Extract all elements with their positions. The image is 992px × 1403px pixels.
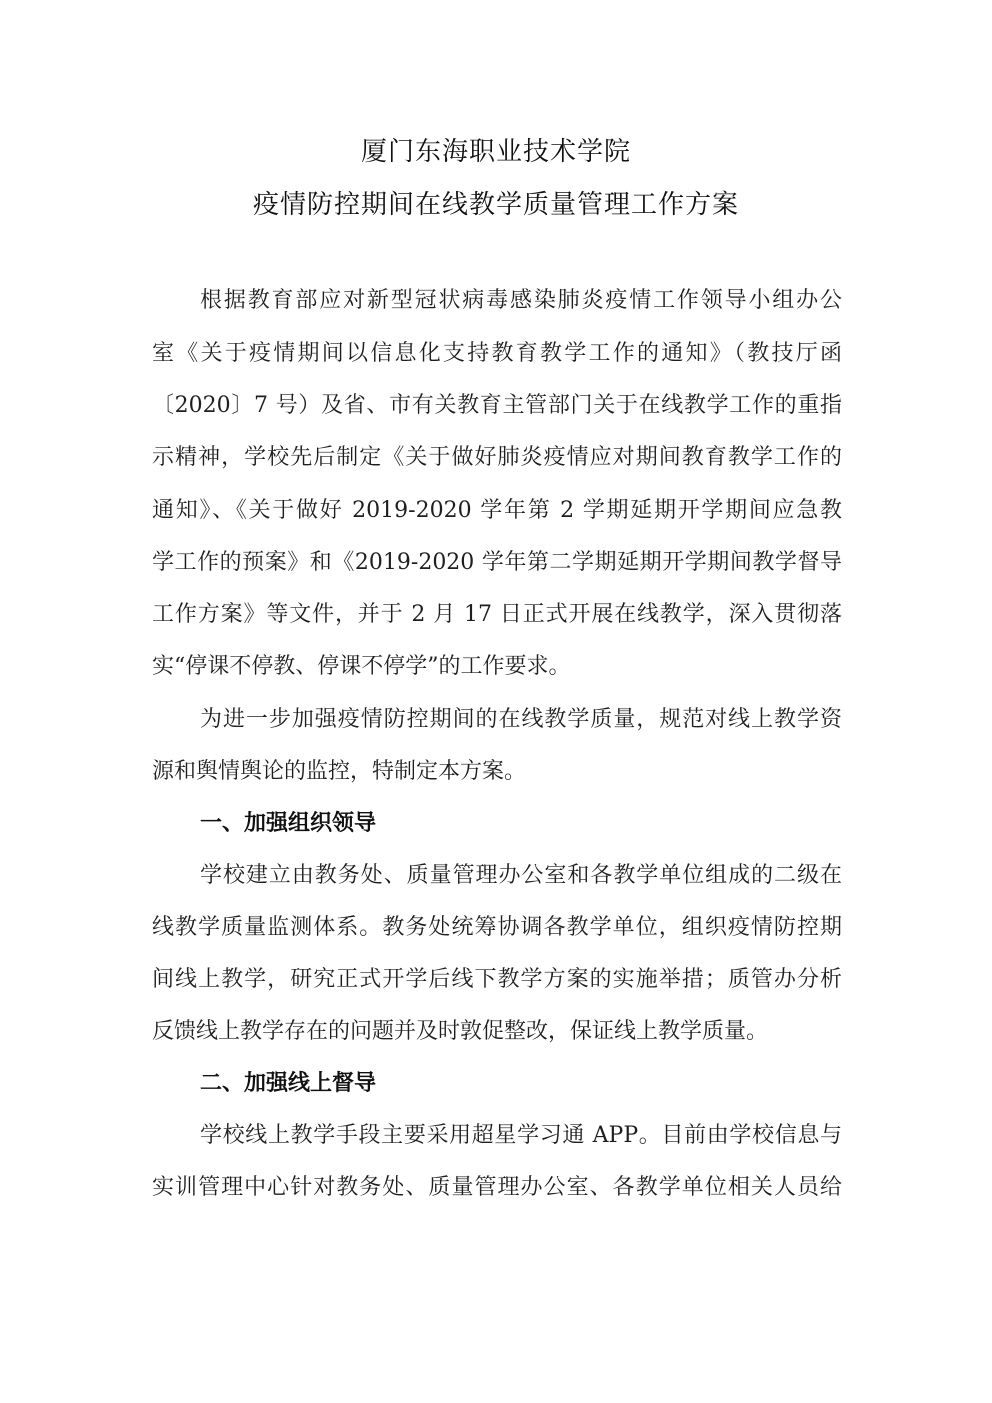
- paragraph-line: 学校建立由教务处、质量管理办公室和各教学单位组成的二级在: [200, 861, 842, 891]
- paragraph-line: 线教学质量监测体系。教务处统筹协调各教学单位，组织疫情防控期: [152, 913, 842, 943]
- paragraph-line: 间线上教学，研究正式开学后线下教学方案的实施举措；质管办分析: [152, 965, 842, 995]
- paragraph-line: 实训管理中心针对教务处、质量管理办公室、各教学单位相关人员给: [152, 1173, 842, 1203]
- paragraph-line: 学工作的预案》和《2019-2020 学年第二学期延期开学期间教学督导: [152, 548, 842, 578]
- paragraph-line: 示精神，学校先后制定《关于做好肺炎疫情应对期间教育教学工作的: [152, 443, 842, 473]
- section-heading: 二、加强线上督导: [200, 1069, 376, 1099]
- paragraph-line: 〔2020〕7 号）及省、市有关教育主管部门关于在线教学工作的重指: [152, 391, 842, 421]
- paragraph-line: 反馈线上教学存在的问题并及时敦促整改，保证线上教学质量。: [152, 1017, 842, 1047]
- paragraph-line: 源和舆情舆论的监控，特制定本方案。: [152, 757, 842, 787]
- paragraph-line: 学校线上教学手段主要采用超星学习通 APP。目前由学校信息与: [200, 1121, 842, 1151]
- paragraph-line: 通知》、《关于做好 2019-2020 学年第 2 学期延期开学期间应急教: [152, 496, 842, 526]
- paragraph-line: 工作方案》等文件，并于 2 月 17 日正式开展在线教学，深入贯彻落: [152, 600, 842, 630]
- paragraph-line: 为进一步加强疫情防控期间的在线教学质量，规范对线上教学资: [200, 705, 842, 735]
- paragraph-line: 室《关于疫情期间以信息化支持教育教学工作的通知》（教技厅函: [152, 339, 842, 369]
- document-title-plan: 疫情防控期间在线教学质量管理工作方案: [0, 184, 992, 221]
- document-page: 厦门东海职业技术学院 疫情防控期间在线教学质量管理工作方案 根据教育部应对新型冠…: [0, 0, 992, 1403]
- document-title-institution: 厦门东海职业技术学院: [0, 131, 992, 168]
- paragraph-line: 根据教育部应对新型冠状病毒感染肺炎疫情工作领导小组办公: [200, 286, 842, 316]
- section-heading: 一、加强组织领导: [200, 809, 376, 839]
- paragraph-line: 实“停课不停教、停课不停学”的工作要求。: [152, 652, 842, 682]
